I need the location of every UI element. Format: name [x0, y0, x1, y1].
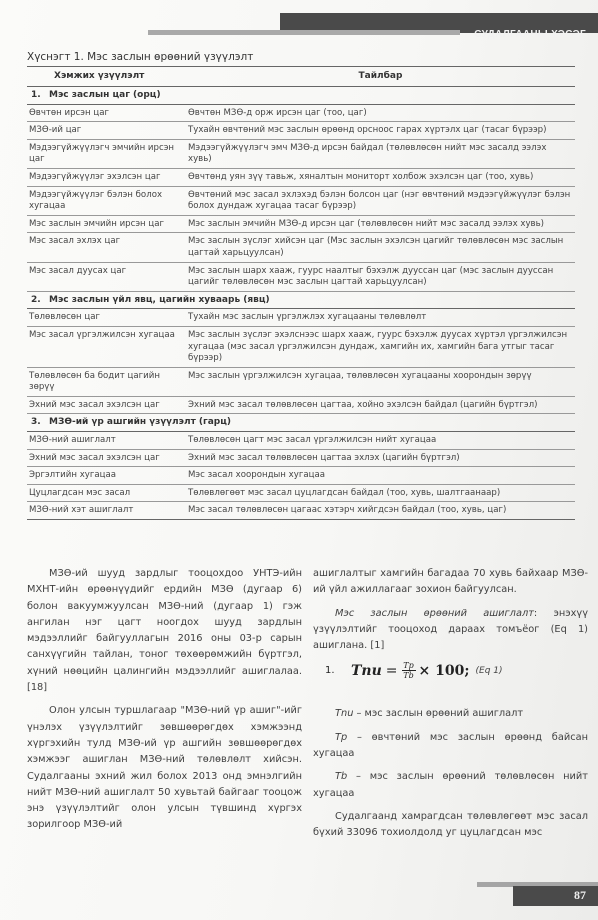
symbol: Tnu — [335, 708, 353, 719]
description-cell: Тухайн мэс заслын үргэлжлэх хугацааны тө… — [186, 309, 575, 327]
description-cell: Мэс заслын зүслэг эхэлснээс шарх хааж, г… — [186, 326, 575, 367]
table-row: Мэдээгүйжүүлэг бэлэн болох хугацааӨвчтөн… — [27, 186, 575, 215]
description-cell: Өвчтөний мэс засал эхлэхэд бэлэн болсон … — [186, 186, 575, 215]
description-cell: Мэдээгүйжүүлэгч эмч МЗӨ-д ирсэн байдал (… — [186, 139, 575, 168]
indicator-cell: Мэс засал эхлэх цаг — [27, 233, 186, 262]
table-row: Төлөвлөсөн ба бодит цагийн зөрүүМэс засл… — [27, 367, 575, 396]
section-number: 3. — [29, 417, 49, 429]
symbol: Tb — [335, 771, 347, 782]
indicator-cell: Төлөвлөсөн цаг — [27, 309, 186, 327]
table-row: Төлөвлөсөн цагТухайн мэс заслын үргэлжлэ… — [27, 309, 575, 327]
numerator: Tp — [403, 661, 413, 670]
indicator-cell: Мэдээгүйжүүлэг бэлэн болох хугацаа — [27, 186, 186, 215]
description-cell: Эхний мэс засал төлөвлөсөн цагтаа эхлэх … — [186, 449, 575, 467]
indicator-cell: Эргэлтийн хугацаа — [27, 467, 186, 485]
table-row: Цуцлагдсан мэс засалТөлөвлөгөөт мэс заса… — [27, 484, 575, 502]
header-accent-bar — [148, 30, 460, 35]
table-row: Мэс засал эхлэх цагМэс заслын зүслэг хий… — [27, 233, 575, 262]
description-cell: Мэс заслын үргэлжилсэн хугацаа, төлөвлөс… — [186, 367, 575, 396]
indicator-cell: МЗӨ-ний хэт ашиглалт — [27, 502, 186, 520]
section-number: 2. — [29, 295, 49, 307]
indicator-cell: Өвчтөн ирсэн цаг — [27, 104, 186, 122]
table-section-row: 3.МЗӨ-ий үр ашгийн үзүүлэлт (гарц) — [27, 414, 575, 432]
indicator-cell: Цуцлагдсан мэс засал — [27, 484, 186, 502]
definition-text: – өвчтөний мэс заслын өрөөнд байсан хуга… — [313, 732, 588, 759]
table-row: Мэс заслын эмчийн ирсэн цагМэс заслын эм… — [27, 215, 575, 233]
description-cell: Мэс заслын зүслэг хийсэн цаг (Мэс заслын… — [186, 233, 575, 262]
equation: 1. Tnu = Tp Tb × 100; (Eq 1) — [325, 661, 588, 680]
equation-lhs: Tnu — [351, 663, 382, 679]
description-cell: Тухайн өвчтөний мэс заслын өрөөнд орсноо… — [186, 122, 575, 140]
table-row: Эхний мэс засал эхэлсэн цагЭхний мэс зас… — [27, 396, 575, 414]
table-caption: Хүснэгт 1. Мэс заслын өрөөний үзүүлэлт — [27, 51, 253, 63]
section-title: Мэс заслын цаг (орц) — [49, 90, 161, 100]
term: Мэс заслын өрөөний ашиглалт — [335, 608, 534, 619]
page-number: 87 — [574, 888, 586, 903]
paragraph: Мэс заслын өрөөний ашиглалт: энэхүү үзүү… — [313, 606, 588, 655]
indicator-cell: Төлөвлөсөн ба бодит цагийн зөрүү — [27, 367, 186, 396]
table-row: Мэдээгүйжүүлэг эхэлсэн цагӨвчтөнд уян зү… — [27, 168, 575, 186]
table-row: МЗӨ-ний хэт ашиглалтМэс засал төлөвлөсөн… — [27, 502, 575, 520]
description-cell: Мэс засал хоорондын хугацаа — [186, 467, 575, 485]
paragraph: МЗӨ-ий шууд зардлыг тооцохдоо УНТЭ-ийн М… — [27, 566, 302, 696]
indicator-cell: Мэдээгүйжүүлэгч эмчийн ирсэн цаг — [27, 139, 186, 168]
indicator-cell: Мэдээгүйжүүлэг эхэлсэн цаг — [27, 168, 186, 186]
definition: Tnu – мэс заслын өрөөний ашиглалт — [313, 706, 588, 722]
table-body: 1.Мэс заслын цаг (орц)Өвчтөн ирсэн цагӨв… — [27, 87, 575, 520]
fraction: Tp Tb — [402, 661, 416, 680]
description-cell: Эхний мэс засал төлөвлөсөн цагтаа, хойно… — [186, 396, 575, 414]
indicator-cell: Мэс засал үргэлжилсэн хугацаа — [27, 326, 186, 367]
equation-rest: × 100; — [419, 663, 470, 679]
indicator-cell: Мэс заслын эмчийн ирсэн цаг — [27, 215, 186, 233]
description-cell: Мэс заслын эмчийн МЗӨ-д ирсэн цаг (төлөв… — [186, 215, 575, 233]
equation-tag: (Eq 1) — [476, 663, 503, 679]
column-header-description: Тайлбар — [186, 67, 575, 87]
table-row: Өвчтөн ирсэн цагӨвчтөн МЗӨ-д орж ирсэн ц… — [27, 104, 575, 122]
indicator-cell: МЗӨ-ий цаг — [27, 122, 186, 140]
indicator-cell: МЗӨ-ний ашиглалт — [27, 432, 186, 450]
indicator-cell: Мэс засал дуусах цаг — [27, 262, 186, 291]
definition: Tb – мэс заслын өрөөний төлөвлөсөн нийт … — [313, 769, 588, 802]
paragraph: ашиглалтыг хамгийн багадаа 70 хувь байха… — [313, 566, 588, 599]
section-title: Мэс заслын үйл явц, цагийн хуваарь (явц) — [49, 295, 270, 305]
table-section-row: 2.Мэс заслын үйл явц, цагийн хуваарь (яв… — [27, 291, 575, 309]
symbol: Tp — [335, 732, 347, 743]
paragraph: Судалгаанд хамрагдсан төлөвлөгөөт мэс за… — [313, 809, 588, 842]
denominator: Tb — [403, 671, 413, 680]
section-title: МЗӨ-ий үр ашгийн үзүүлэлт (гарц) — [49, 417, 231, 427]
body-column-right: ашиглалтыг хамгийн багадаа 70 хувь байха… — [313, 566, 588, 849]
table-row: Мэс засал дуусах цагМэс заслын шарх хааж… — [27, 262, 575, 291]
body-column-left: МЗӨ-ий шууд зардлыг тооцохдоо УНТЭ-ийн М… — [27, 566, 302, 841]
definitions: Tnu – мэс заслын өрөөний ашиглалтTp – өв… — [313, 706, 588, 801]
column-header-indicator: Хэмжих үзүүлэлт — [27, 67, 186, 87]
description-cell: Өвчтөн МЗӨ-д орж ирсэн цаг (тоо, цаг) — [186, 104, 575, 122]
table-row: МЗӨ-ий цагТухайн өвчтөний мэс заслын өрө… — [27, 122, 575, 140]
equals-sign: = — [386, 663, 398, 679]
table-section-row: 1.Мэс заслын цаг (орц) — [27, 87, 575, 105]
table-row: Эргэлтийн хугацааМэс засал хоорондын хуг… — [27, 467, 575, 485]
description-cell: Мэс засал төлөвлөсөн цагаас хэтэрч хийгд… — [186, 502, 575, 520]
indicator-cell: Эхний мэс засал эхэлсэн цаг — [27, 449, 186, 467]
paragraph: Олон улсын туршлагаар "МЗӨ-ний үр ашиг"-… — [27, 703, 302, 833]
definition: Tp – өвчтөний мэс заслын өрөөнд байсан х… — [313, 730, 588, 763]
equation-number: 1. — [325, 663, 351, 679]
table-row: Мэдээгүйжүүлэгч эмчийн ирсэн цагМэдээгүй… — [27, 139, 575, 168]
indicator-table: Хэмжих үзүүлэлт Тайлбар 1.Мэс заслын цаг… — [27, 66, 575, 520]
table-row: Мэс засал үргэлжилсэн хугацааМэс заслын … — [27, 326, 575, 367]
description-cell: Өвчтөнд уян зүү тавьж, хяналтын мониторт… — [186, 168, 575, 186]
section-number: 1. — [29, 90, 49, 102]
section-title: СУДАЛГААНЫ ХЭСЭГ — [474, 29, 586, 40]
definition-text: – мэс заслын өрөөний төлөвлөсөн нийт хуг… — [313, 771, 588, 798]
description-cell: Мэс заслын шарх хааж, гуурс наалтыг бэхэ… — [186, 262, 575, 291]
table-row: МЗӨ-ний ашиглалтТөлөвлөсөн цагт мэс заса… — [27, 432, 575, 450]
description-cell: Төлөвлөсөн цагт мэс засал үргэлжилсэн ни… — [186, 432, 575, 450]
indicator-cell: Эхний мэс засал эхэлсэн цаг — [27, 396, 186, 414]
description-cell: Төлөвлөгөөт мэс засал цуцлагдсан байдал … — [186, 484, 575, 502]
definition-text: – мэс заслын өрөөний ашиглалт — [353, 708, 523, 719]
table-row: Эхний мэс засал эхэлсэн цагЭхний мэс зас… — [27, 449, 575, 467]
